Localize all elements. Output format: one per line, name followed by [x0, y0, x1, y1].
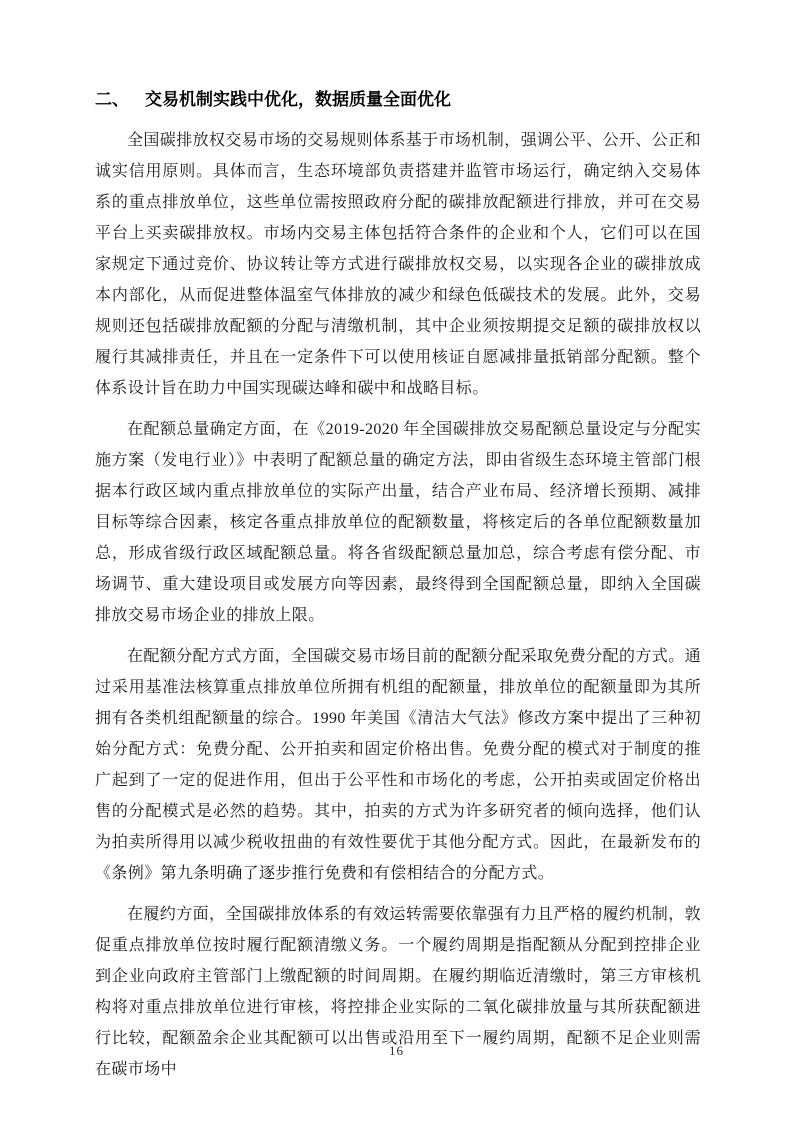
- page-number: 16: [389, 1043, 404, 1058]
- page-content: 二、交易机制实践中优化，数据质量全面优化 全国碳排放权交易市场的交易规则体系基于…: [95, 84, 701, 1085]
- page-footer: 16: [0, 1042, 793, 1060]
- document-page: 二、交易机制实践中优化，数据质量全面优化 全国碳排放权交易市场的交易规则体系基于…: [0, 0, 793, 1121]
- paragraph-allocation-method: 在配额分配方式方面，全国碳交易市场目前的配额分配采取免费分配的方式。通过采用基准…: [95, 641, 701, 889]
- section-heading-number: 二、: [95, 84, 129, 115]
- section-heading-title: 交易机制实践中优化，数据质量全面优化: [145, 90, 451, 109]
- paragraph-trading-rules: 全国碳排放权交易市场的交易规则体系基于市场机制，强调公平、公开、公正和诚实信用原…: [95, 125, 701, 404]
- paragraph-quota-total: 在配额总量确定方面，在《2019-2020 年全国碳排放交易配额总量设定与分配实…: [95, 414, 701, 631]
- section-heading: 二、交易机制实践中优化，数据质量全面优化: [95, 84, 701, 115]
